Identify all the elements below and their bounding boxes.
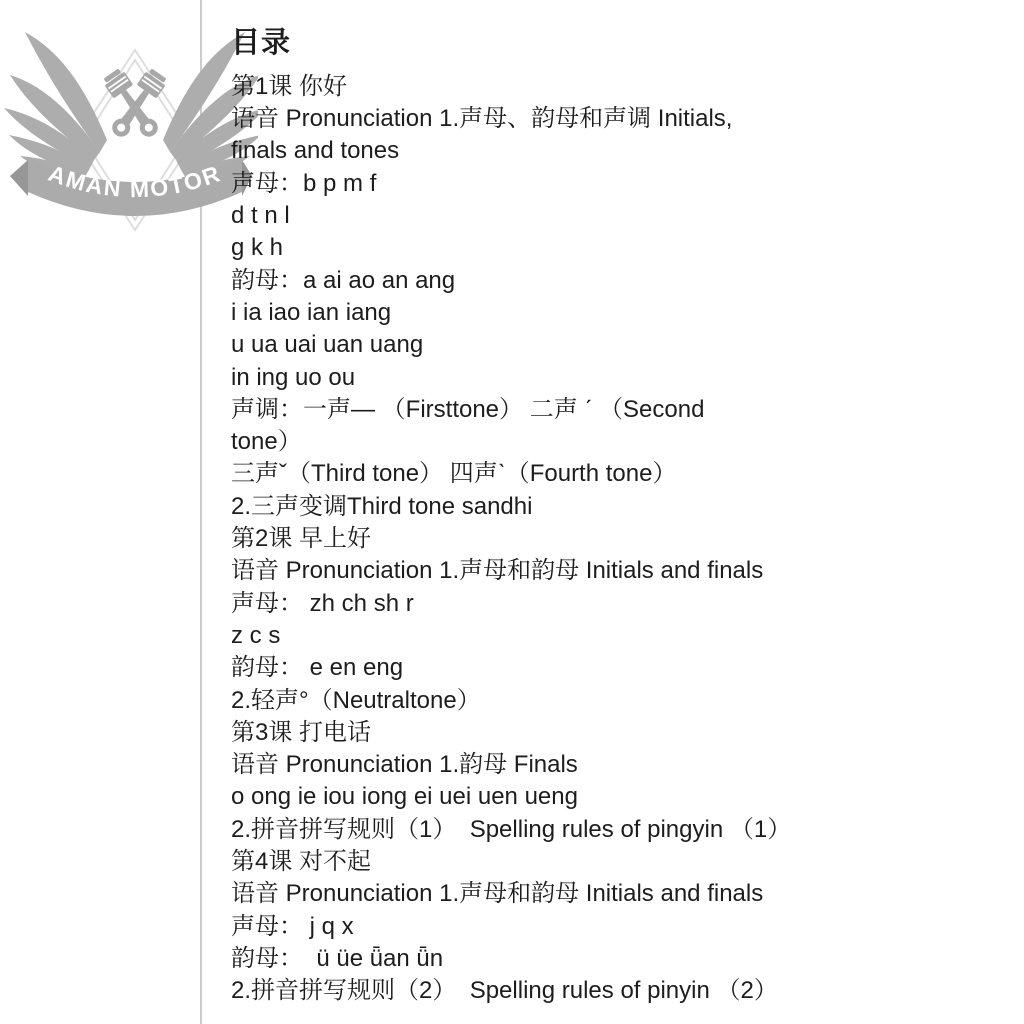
toc-line: g k h <box>231 232 1001 264</box>
toc-line: 第1课 你好 <box>231 71 1001 103</box>
toc-line: 三声ˇ（Third tone） 四声ˋ（Fourth tone） <box>231 458 1001 490</box>
toc-line: 第3课 打电话 <box>231 717 1001 749</box>
toc-line: 第4课 对不起 <box>231 846 1001 878</box>
toc-line: in ing uo ou <box>231 362 1001 394</box>
toc-line: 2.拼音拼写规则（1） Spelling rules of pingyin （1… <box>231 814 1001 846</box>
toc-line: 韵母： ü üe ǖan ǖn <box>231 943 1001 975</box>
toc-line: i ia iao ian iang <box>231 297 1001 329</box>
crossed-pistons-icon <box>101 67 169 142</box>
toc-line: o ong ie iou iong ei uei uen ueng <box>231 781 1001 813</box>
toc-line: 声母： zh ch sh r <box>231 588 1001 620</box>
toc-line: 2.三声变调Third tone sandhi <box>231 491 1001 523</box>
toc-line: 声母：b p m f <box>231 168 1001 200</box>
toc-line: 语音 Pronunciation 1.声母、韵母和声调 Initials, <box>231 103 1001 135</box>
toc-line: 声母： j q x <box>231 911 1001 943</box>
toc-line: tone） <box>231 426 1001 458</box>
toc-line: 声调：一声— （Firsttone） 二声 ˊ （Second <box>231 394 1001 426</box>
toc-line: finals and tones <box>231 135 1001 167</box>
toc-line: 第2课 早上好 <box>231 523 1001 555</box>
banner-ribbon: AMAN MOTOR <box>10 158 252 216</box>
left-wing-icon <box>4 32 107 182</box>
toc-line: 韵母： e en eng <box>231 652 1001 684</box>
toc-line: z c s <box>231 620 1001 652</box>
page: { "watermark": { "text": "AMAN MOTOR", "… <box>0 0 1024 1024</box>
page-title: 目录 <box>231 28 1001 60</box>
toc-line: 语音 Pronunciation 1.声母和韵母 Initials and fi… <box>231 555 1001 587</box>
toc-line: 2.轻声°（Neutraltone） <box>231 685 1001 717</box>
toc-line: d t n l <box>231 200 1001 232</box>
toc-lines: 第1课 你好语音 Pronunciation 1.声母、韵母和声调 Initia… <box>231 71 1001 1008</box>
toc-line: 韵母：a ai ao an ang <box>231 265 1001 297</box>
aman-motor-logo-watermark: AMAN MOTOR <box>2 20 258 238</box>
toc-line: u ua uai uan uang <box>231 329 1001 361</box>
table-of-contents: 目录 第1课 你好语音 Pronunciation 1.声母、韵母和声调 Ini… <box>231 28 1001 1008</box>
toc-line: 语音 Pronunciation 1.韵母 Finals <box>231 749 1001 781</box>
toc-line: 2.拼音拼写规则（2） Spelling rules of pinyin （2） <box>231 975 1001 1007</box>
toc-line: 语音 Pronunciation 1.声母和韵母 Initials and fi… <box>231 878 1001 910</box>
